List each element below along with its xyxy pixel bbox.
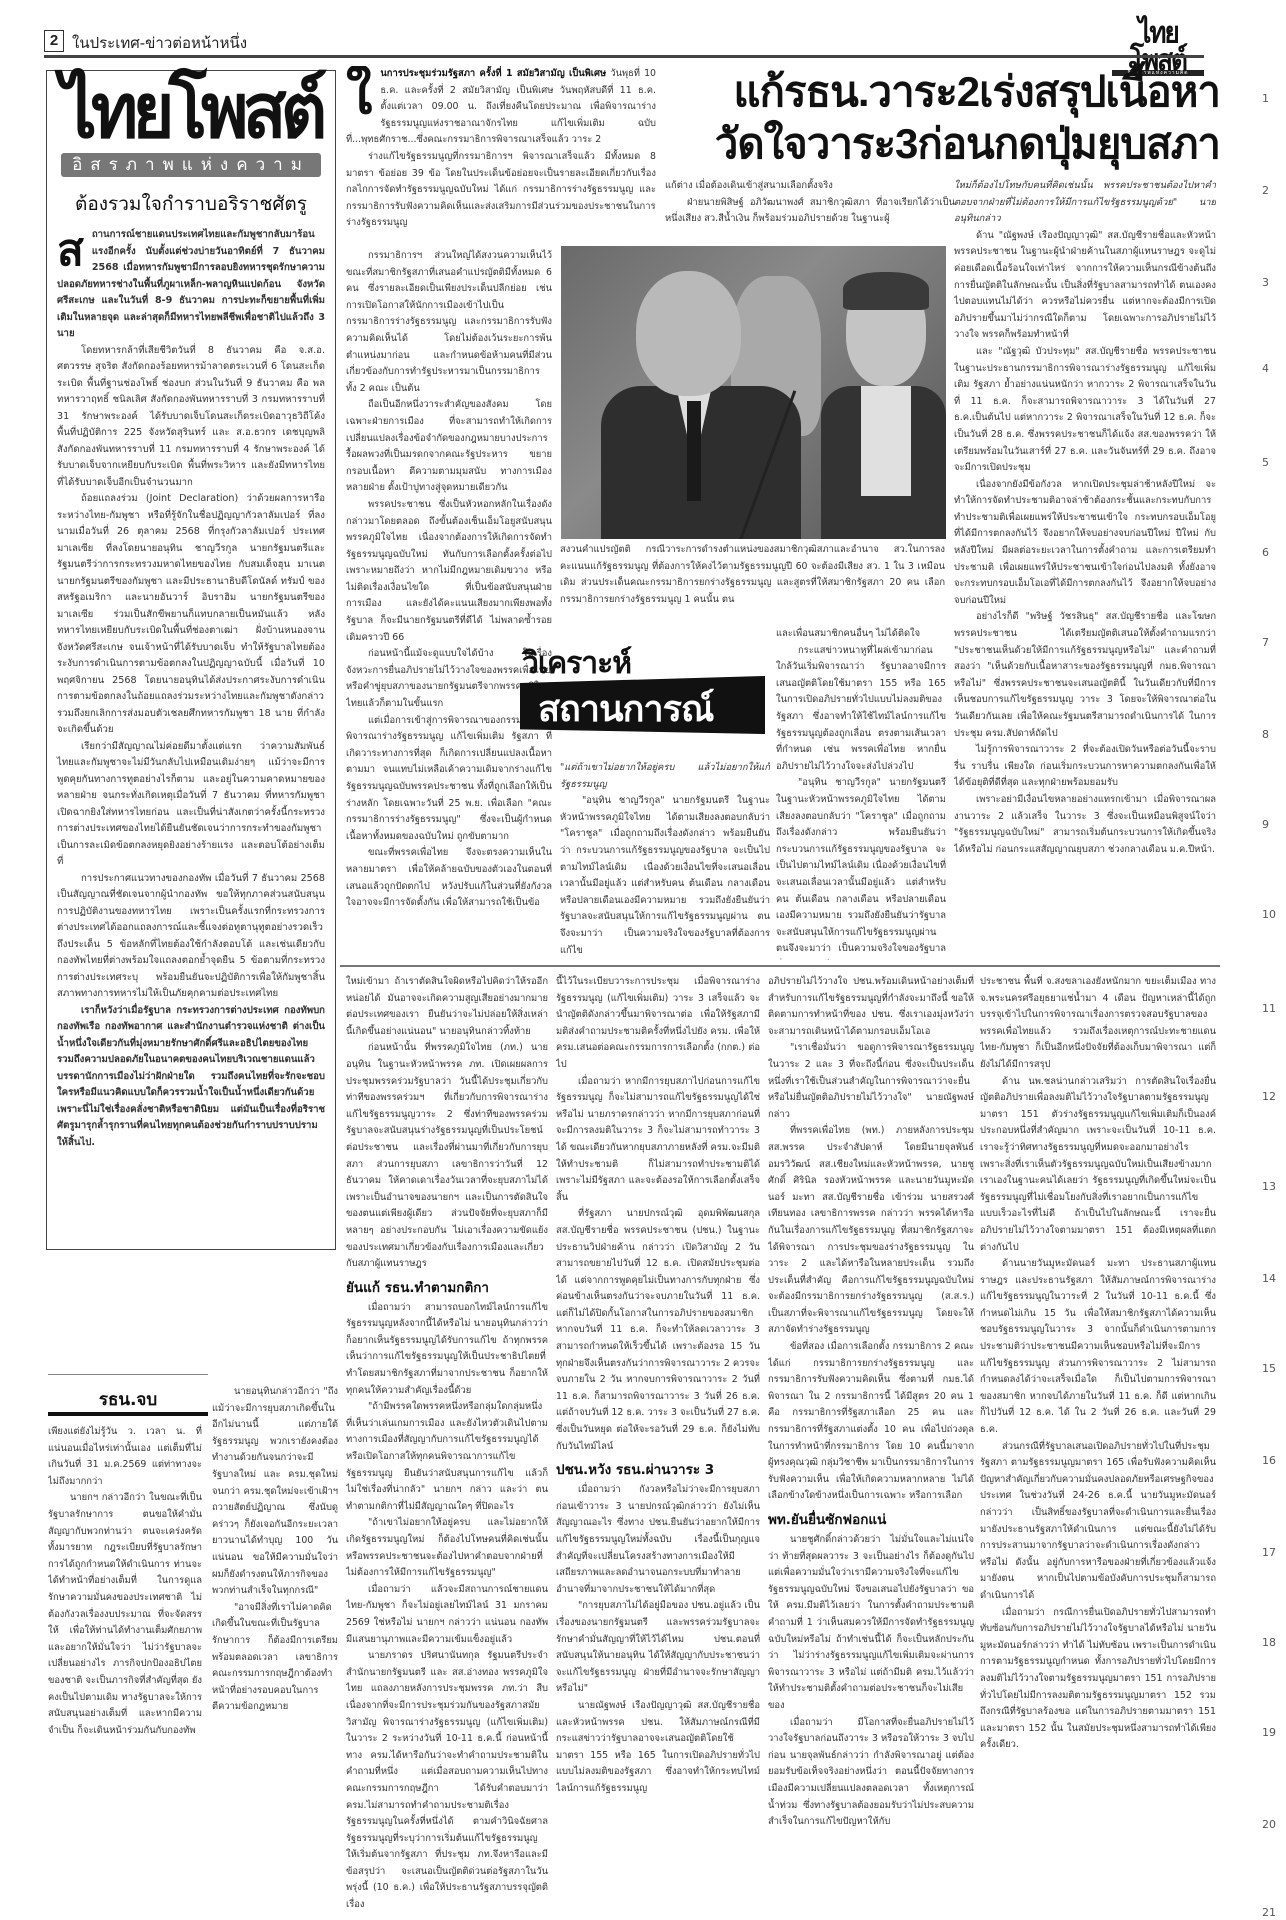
news-paragraph: ใหม่เข้ามา ถ้าเราตัดสินใจผิดหรือไปคิดว่า… (346, 974, 548, 1040)
line-number: 6 (1262, 546, 1269, 559)
line-number: 5 (1262, 456, 1269, 469)
article-column-3: ใหม่ก็ต้องไปโทษกับคนที่คิดเช่นนั้น พรรคป… (954, 178, 1216, 960)
line-number: 18 (1262, 1636, 1276, 1649)
line-numbers: 1 2 3 4 5 6 7 8 9 10 11 12 13 14 15 16 1… (1262, 0, 1286, 1920)
line-number: 17 (1262, 1546, 1276, 1559)
line-number: 15 (1262, 1362, 1276, 1375)
section-divider (340, 965, 1220, 967)
rtn-top-rule (48, 1374, 208, 1375)
header-rule (44, 55, 1204, 58)
news-paragraph: ประชาชน พื้นที่ จ.สงขลาเองยังหนักมาก ขยะ… (980, 974, 1216, 1074)
news-paragraph: "ถ้ามีพรรคใดพรรคหนึ่งหรือกลุ่มใดกลุ่มหนึ… (346, 1399, 548, 1515)
page-number: 2 (44, 30, 64, 52)
news-paragraph: เมื่อถามว่า หากมีการยุบสภาไปก่อนการแก้ไข… (556, 1074, 760, 1207)
article-paragraph: ถือเป็นอีกหนึ่งวาระสำคัญของสังคม โดยเฉพา… (346, 397, 552, 497)
section-title: ในประเทศ-ข่าวต่อหน้าหนึ่ง (72, 31, 247, 55)
article-paragraph: และเพื่อนสมาชิกคนอื่นๆ ไม่ได้ติดใจ (776, 626, 946, 643)
subheading-yanka: ยันแก้ รธน.ทำตามกติกา (346, 1276, 548, 1298)
analysis-badge: วิเคราะห์ สถานการณ์ (520, 640, 770, 750)
news-paragraph: เมื่อถามว่า สามารถบอกไทม์ไลน์การแก้ไขรัฐ… (346, 1300, 548, 1400)
news-column-3: อภิปรายไม่ไว้วางใจ ปชน.พร้อมเดินหน้าอย่า… (768, 974, 974, 1920)
page-header: 2 ในประเทศ-ข่าวต่อหน้าหนึ่ง ไทยโพสต์ อิส… (44, 28, 1204, 56)
masthead-logo: ไทยโพสต์ อิสรภาพแห่งความคิด (1112, 22, 1204, 52)
line-number: 14 (1262, 1272, 1276, 1285)
article-paragraph: เนื่องจากยังมีข้อกังวล หากเปิดประชุมล่าช… (954, 477, 1216, 610)
line-number: 19 (1262, 1726, 1276, 1739)
headline-line-1: แก้รธน.วาระ2เร่งสรุปเนื้อหา (665, 66, 1220, 118)
news-column-1: ใหม่เข้ามา ถ้าเราตัดสินใจผิดหรือไปคิดว่า… (346, 974, 548, 1920)
editorial-paragraph: โดยทหารกล้าที่เสียชีวิตวันที่ 8 ธันวาคม … (57, 343, 325, 492)
news-paragraph: ข้อที่สอง เมื่อการเลือกตั้ง กรรมาธิการ 2… (768, 1339, 974, 1505)
news-paragraph: เมื่อถามว่า มีโอกาสที่จะยื่นอภิปรายไม่ไว… (768, 1715, 974, 1831)
news-column-2: นี้ไว้ในระเบียบวาระการประชุม เมื่อพิจารณ… (556, 974, 760, 1920)
news-paragraph: ส่วนกรณีที่รัฐบาลเสนอเปิดอภิปรายทั่วไปใน… (980, 1439, 1216, 1605)
news-paragraph: "ถ้าเขาไม่อยากให้อยู่ครบ และไม่อยากให้เก… (346, 1515, 548, 1581)
news-paragraph: "การยุบสภาไม่ได้อยู่มือของ ปชน.อยู่แล้ว … (556, 1598, 760, 1698)
article-column-2-top: แก้ต่าง เมื่อต้องเดินเข้าสู่สนามเลือกตั้… (665, 178, 955, 244)
line-number: 13 (1262, 1180, 1276, 1193)
article-paragraph: เพราะอย่ามีเงื่อนไขหลายอย่างแทรกเข้ามา เ… (954, 792, 1216, 858)
line-number: 2 (1262, 184, 1269, 197)
news-paragraph: เมื่อถามว่า แล้วจะมีสถานการณ์ชายแดนไทย-ก… (346, 1582, 548, 1648)
article-paragraph: พรรคประชาชน ซึ่งเป็นหัวหอกหลักในเรื่องดั… (346, 497, 552, 646)
photo-person-left (601, 271, 771, 539)
line-number: 4 (1262, 362, 1269, 375)
headline-line-2: วัดใจวาระ3ก่อนกดปุ่มยุบสภา (665, 118, 1220, 170)
article-column-1: กรรมาธิการฯ ส่วนใหญ่ได้สงวนความเห็นไว้ ข… (346, 248, 552, 960)
main-headline: แก้รธน.วาระ2เร่งสรุปเนื้อหา วัดใจวาระ3ก่… (665, 66, 1220, 170)
line-number: 20 (1262, 1818, 1276, 1831)
article-paragraph: "อนุทิน ชาญวีรกูล" นายกรัฐมนตรี ในฐานะหั… (776, 775, 946, 960)
line-number: 8 (1262, 728, 1269, 741)
news-paragraph: "เราเชื่อมั่นว่า ขอดูการพิจารณารัฐธรรมนู… (768, 1040, 974, 1123)
article-paragraph: ด้าน "ณัฐพงษ์ เรืองปัญญาวุฒิ" สส.บัญชีรา… (954, 228, 1216, 344)
article-paragraph: อย่างไรก็ดี "พริษฐ์ วัชรสินธุ" สส.บัญชีร… (954, 609, 1216, 742)
editorial-body: สถานการณ์ชายแดนประเทศไทยและกัมพูชากลับมา… (57, 227, 325, 1151)
rtn-column-1: เพียงแต่ยังไม่รู้วัน ว. เวลา น. ที่แน่นอ… (48, 1424, 202, 1920)
article-paragraph: ร่างแก้ไขรัฐธรรมนูญที่กรรมาธิการฯ พิจารณ… (346, 149, 656, 232)
line-number: 12 (1262, 1090, 1276, 1103)
article-paragraph: ไม่รู้การพิจารณาวาระ 2 ที่จะต้องเปิดวันห… (954, 742, 1216, 792)
news-paragraph: นายณัฐพงษ์ เรืองปัญญาวุฒิ สส.บัญชีรายชื่… (556, 1698, 760, 1798)
dropcap: ส (57, 229, 84, 273)
article-paragraph: แก้ต่าง เมื่อต้องเดินเข้าสู่สนามเลือกตั้… (665, 178, 955, 195)
line-number: 9 (1262, 818, 1269, 831)
article-paragraph: กรรมาธิการฯ ส่วนใหญ่ได้สงวนความเห็นไว้ ข… (346, 248, 552, 397)
line-number: 21 (1262, 1906, 1276, 1919)
rtn-continued-title: รธน.จบ (48, 1386, 208, 1413)
editorial-paragraph: การประกาศแนวทางของกองทัพ เมื่อวันที่ 7 ธ… (57, 871, 325, 1003)
editorial-title: ต้องรวมใจกำราบอริราชศัตรู (57, 189, 325, 219)
line-number: 3 (1262, 276, 1269, 289)
news-paragraph: ที่พรรคเพื่อไทย (พท.) ภายหลังการประชุม ส… (768, 1123, 974, 1339)
line-number: 16 (1262, 1454, 1276, 1467)
news-paragraph: ด้าน นพ.ชลน่านกล่าวเสริมว่า การตัดสินใจเ… (980, 1074, 1216, 1257)
editorial-logo: ไทยโพสต์ (57, 77, 325, 146)
rtn-column-2: นายอนุทินกล่าวอีกว่า "ถึงแม้ว่าจะมีการยุ… (212, 1384, 338, 1920)
editorial-paragraph: เรียกว่ามีสัญญาณไม่ค่อยดีมาตั้งแต่แรก ว่… (57, 739, 325, 871)
badge-line-2: สถานการณ์ (538, 680, 713, 737)
article-paragraph: "อนุทิน ชาญวีรกูล" นายกรัฐมนตรี ในฐานะหั… (560, 793, 770, 959)
article-lead-block: ในการประชุมร่วมรัฐสภา ครั้งที่ 1 สมัยวิส… (346, 66, 656, 246)
news-paragraph: นายภราดร ปริศนานันทกุล รัฐมนตรีประจำสำนั… (346, 1648, 548, 1914)
subheading-pchn: ปชน.หวัง รธน.ผ่านวาระ 3 (556, 1458, 760, 1480)
article-lead: ในการประชุมร่วมรัฐสภา ครั้งที่ 1 สมัยวิส… (346, 66, 656, 149)
news-paragraph: เพียงแต่ยังไม่รู้วัน ว. เวลา น. ที่แน่นอ… (48, 1424, 202, 1490)
news-paragraph: นายชูศักดิ์กล่าวด้วยว่า ไม่มั่นใจและไม่แ… (768, 1532, 974, 1715)
article-paragraph: ขณะที่พรรคเพื่อไทย จึงจะตรงความเห็นในหลา… (346, 845, 552, 911)
editorial-paragraph: ถ้อยแถลงร่วม (Joint Declaration) ว่าด้วย… (57, 491, 325, 739)
news-paragraph: นายอนุทินกล่าวอีกว่า "ถึงแม้ว่าจะมีการยุ… (212, 1384, 338, 1600)
news-paragraph: เมื่อถามว่า กังวลหรือไม่ว่าจะมีการยุบสภา… (556, 1482, 760, 1598)
editorial-tagline: อิสรภาพแห่งความคิด (61, 153, 321, 177)
news-paragraph: นายกฯ กล่าวอีกว่า ในขณะที่เป็นรัฐบาลรักษ… (48, 1490, 202, 1739)
editorial-lead: สถานการณ์ชายแดนประเทศไทยและกัมพูชากลับมา… (57, 227, 325, 343)
editorial-box: ไทยโพสต์ อิสรภาพแห่งความคิด ต้องรวมใจกำร… (46, 70, 336, 1250)
line-number: 1 (1262, 92, 1269, 105)
article-paragraph: กระแสข่าวหนาหูที่ไผล่เข้ามาก่อนใกล้วันเร… (776, 643, 946, 776)
line-number: 10 (1262, 908, 1276, 921)
news-paragraph: นี้ไว้ในระเบียบวาระการประชุม เมื่อพิจารณ… (556, 974, 760, 1074)
news-paragraph: ด้านนายวันมูหะมัดนอร์ มะทา ประธานสภาผู้แ… (980, 1256, 1216, 1439)
article-paragraph: และ "ณัฐวุฒิ บัวประทุม" สส.บัญชีรายชื่อ … (954, 344, 1216, 477)
rtn-bottom-rule (48, 1412, 208, 1416)
article-paragraph: ใหม่ก็ต้องไปโทษกับคนที่คิดเช่นนั้น พรรคป… (954, 178, 1216, 228)
article-paragraph: สงวนคำแปรญัตติ กรณีวาระการดำรงตำแหน่งของ… (560, 542, 945, 608)
article-quote: "แต่ถ้าเขาไม่อยากให้อยู่ครบ แล้วไม่อยากใ… (560, 760, 770, 793)
news-paragraph: ก่อนหน้านั้น ที่พรรคภูมิใจไทย (ภท.) นายอ… (346, 1040, 548, 1272)
news-paragraph: เมื่อถามว่า กรณีการยื่นเปิดอภิปรายทั่วไป… (980, 1605, 1216, 1754)
news-paragraph: "อาจมีสิ่งที่เราไม่คาดคิดเกิดขึ้นในขณะที… (212, 1600, 338, 1716)
lead-dropcap: ใ (346, 66, 372, 122)
article-column-2-narrow: และเพื่อนสมาชิกคนอื่นๆ ไม่ได้ติดใจ กระแส… (776, 626, 946, 960)
news-column-4: ประชาชน พื้นที่ จ.สงขลาเองยังหนักมาก ขยะ… (980, 974, 1216, 1920)
line-number: 7 (1262, 636, 1269, 649)
line-number: 11 (1262, 1002, 1276, 1015)
news-photo (561, 246, 946, 539)
article-column-2-wide: สงวนคำแปรญัตติ กรณีวาระการดำรงตำแหน่งของ… (560, 542, 945, 626)
news-paragraph: ที่รัฐสภา นายปกรณ์วุฒิ อุดมพิพัฒนสกุล สส… (556, 1206, 760, 1455)
article-column-2-lower: "แต่ถ้าเขาไม่อยากให้อยู่ครบ แล้วไม่อยากใ… (560, 760, 770, 960)
editorial-closing: เราก็หวังว่าเมื่อรัฐบาล กระทรวงการต่างปร… (57, 1003, 325, 1152)
article-paragraph: ฝ่ายนายพิสิษฐ์ อภิวัฒนาพงศ์ สมาชิกวุฒิสภ… (665, 195, 955, 228)
news-paragraph: อภิปรายไม่ไว้วางใจ ปชน.พร้อมเดินหน้าอย่า… (768, 974, 974, 1040)
subheading-pt: พท.ยันยื่นซักฟอกแน่ (768, 1508, 974, 1530)
photo-person-right (821, 276, 946, 539)
